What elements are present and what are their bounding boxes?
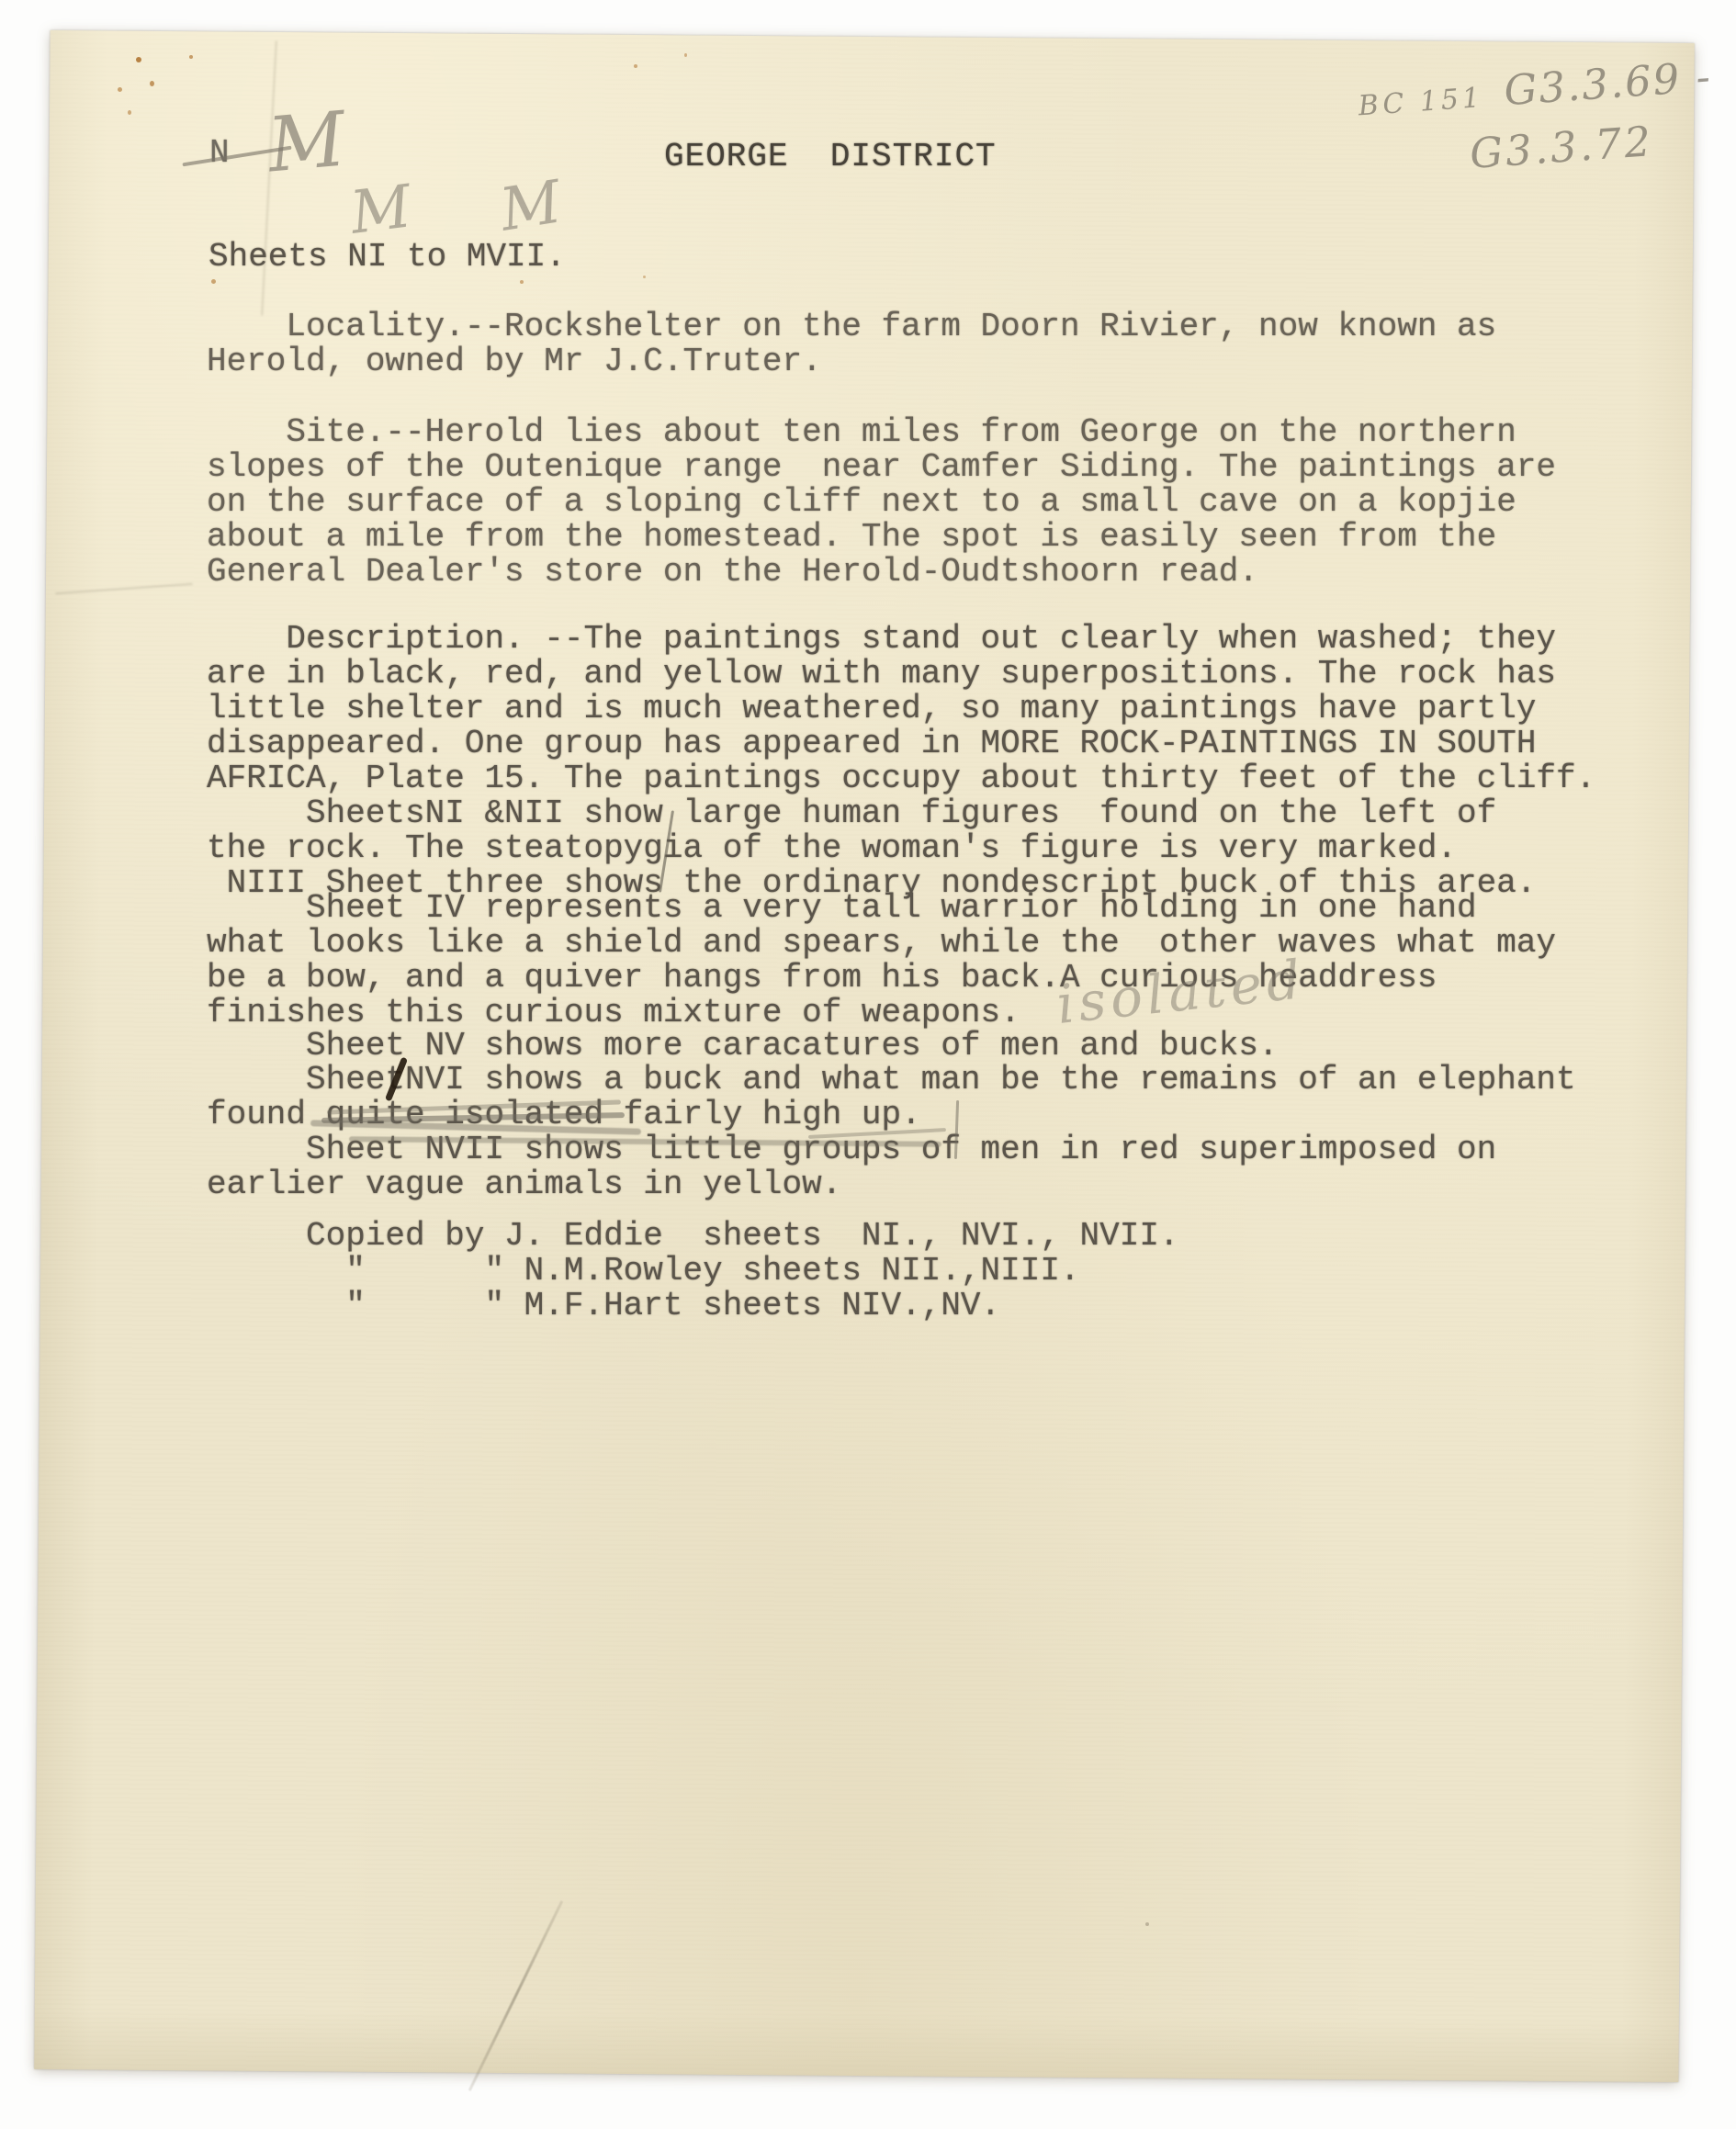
pencil-letter-m: M bbox=[265, 96, 349, 190]
foxing-spot bbox=[136, 57, 141, 62]
foxing-spot bbox=[684, 53, 687, 57]
paragraph-site: Site.--Herold lies about ten miles from … bbox=[207, 415, 1556, 590]
foxing-spot bbox=[520, 280, 524, 284]
typed-letter-n: N bbox=[209, 136, 230, 171]
paragraph-locality: Locality.--Rockshelter on the farm Doorn… bbox=[207, 310, 1496, 379]
foxing-spot bbox=[150, 81, 154, 86]
speck bbox=[1145, 1922, 1149, 1926]
foxing-spot bbox=[128, 110, 131, 115]
paragraph-sheet-nv: Sheet NV shows more caracatures of men a… bbox=[207, 1029, 1279, 1064]
page-title: GEORGE DISTRICT bbox=[664, 140, 997, 175]
archive-collection-number: BC 151 bbox=[1358, 82, 1484, 122]
paragraph-description: Description. --The paintings stand out c… bbox=[207, 622, 1595, 901]
scanned-document: BC 151 G3.3.69 - G3.3.72 N M M M GEORGE … bbox=[0, 0, 1736, 2129]
paragraph-copied-by: Copied by J. Eddie sheets NI., NVI., NVI… bbox=[207, 1219, 1179, 1324]
pencil-margin-tick-2: M bbox=[496, 168, 566, 244]
foxing-spot bbox=[189, 55, 193, 59]
sheets-range-line: Sheets NI to MVII. bbox=[209, 240, 566, 275]
foxing-spot bbox=[118, 87, 122, 92]
foxing-spot bbox=[643, 276, 646, 278]
pencil-margin-tick-1: M bbox=[347, 173, 415, 247]
foxing-spot bbox=[634, 64, 637, 68]
foxing-spot bbox=[211, 279, 216, 284]
paragraph-sheet-iv: Sheet IV represents a very tall warrior … bbox=[207, 891, 1556, 1031]
